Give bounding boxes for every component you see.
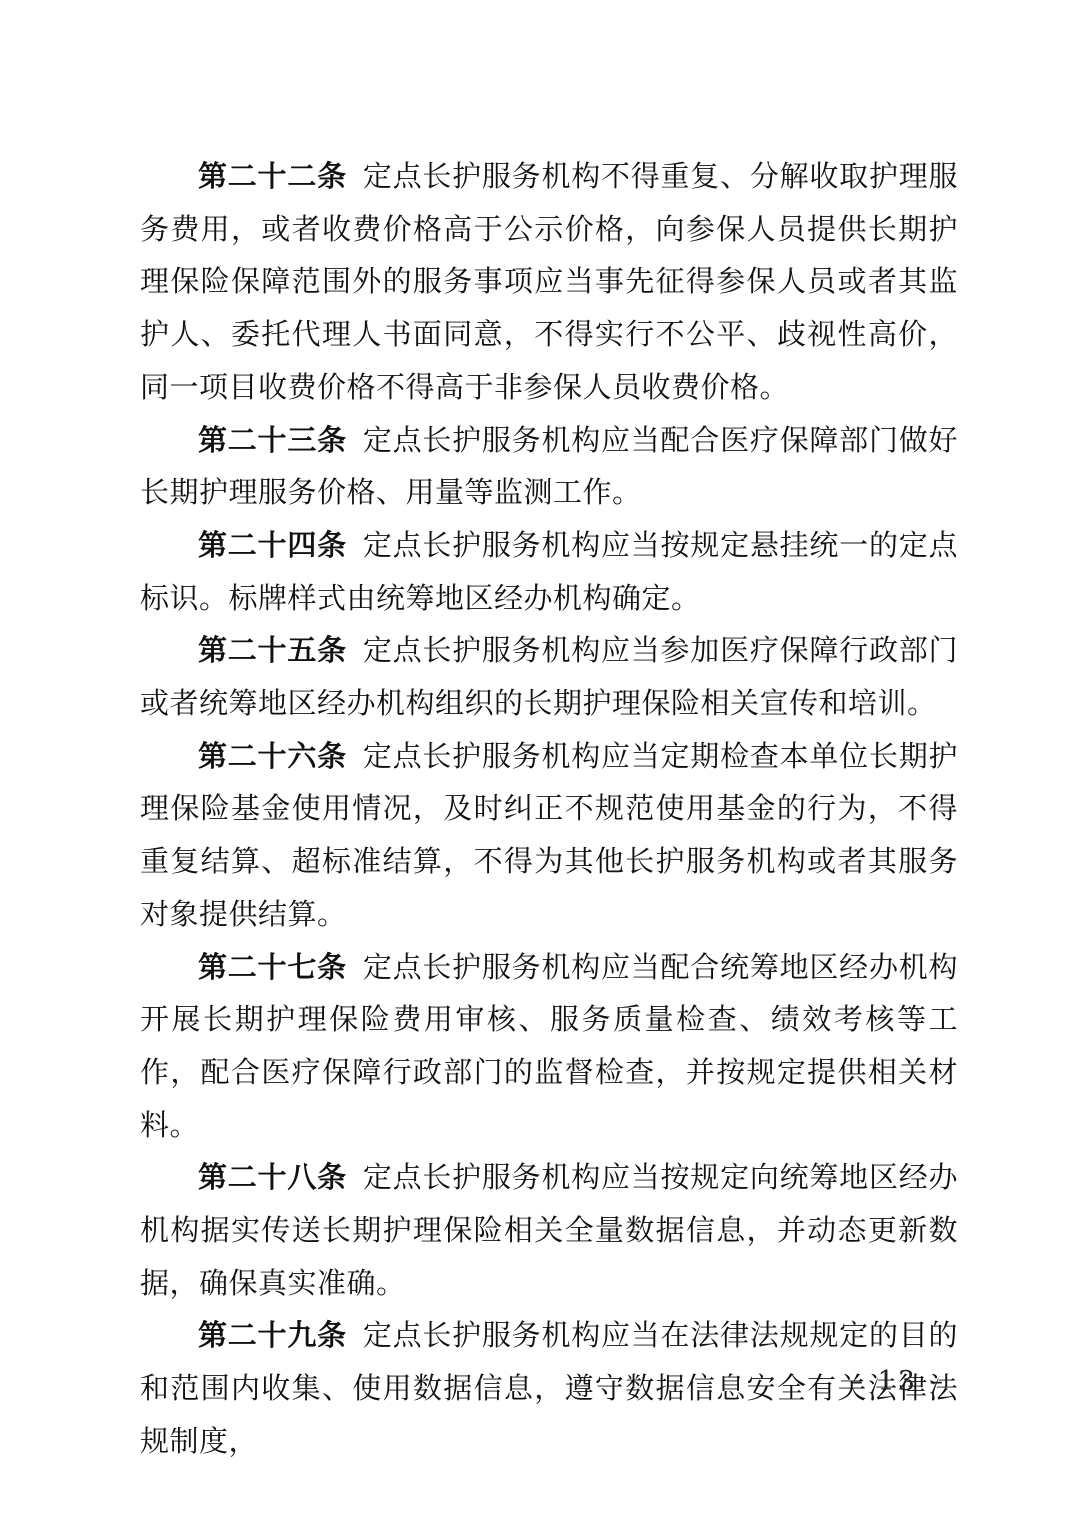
document-page: 第二十二条定点长护服务机构不得重复、分解收取护理服务费用，或者收费价格高于公示价… (0, 0, 1074, 1520)
article-number: 第二十四条 (198, 528, 347, 562)
article-paragraph: 第二十四条定点长护服务机构应当按规定悬挂统一的定点标识。标牌样式由统筹地区经办机… (140, 519, 958, 624)
article-paragraph: 第二十五条定点长护服务机构应当参加医疗保障行政部门或者统筹地区经办机构组织的长期… (140, 624, 958, 729)
article-number: 第二十二条 (198, 159, 347, 193)
article-paragraph: 第二十七条定点长护服务机构应当配合统筹地区经办机构开展长期护理保险费用审核、服务… (140, 941, 958, 1152)
article-paragraph: 第二十二条定点长护服务机构不得重复、分解收取护理服务费用，或者收费价格高于公示价… (140, 150, 958, 414)
article-paragraph: 第二十八条定点长护服务机构应当按规定向统筹地区经办机构据实传送长期护理保险相关全… (140, 1151, 958, 1309)
article-paragraph: 第二十九条定点长护服务机构应当在法律法规规定的目的和范围内收集、使用数据信息，遵… (140, 1309, 958, 1467)
article-number: 第二十七条 (198, 950, 347, 984)
article-paragraph: 第二十三条定点长护服务机构应当配合医疗保障部门做好长期护理服务价格、用量等监测工… (140, 414, 958, 519)
document-body: 第二十二条定点长护服务机构不得重复、分解收取护理服务费用，或者收费价格高于公示价… (140, 150, 958, 1468)
article-number: 第二十九条 (198, 1318, 347, 1352)
article-number: 第二十六条 (198, 739, 347, 773)
article-number: 第二十八条 (198, 1160, 347, 1194)
article-text: 定点长护服务机构不得重复、分解收取护理服务费用，或者收费价格高于公示价格，向参保… (140, 159, 958, 404)
article-number: 第二十五条 (198, 633, 347, 667)
article-paragraph: 第二十六条定点长护服务机构应当定期检查本单位长期护理保险基金使用情况，及时纠正不… (140, 730, 958, 941)
page-number: – 13 – (849, 1366, 946, 1398)
article-number: 第二十三条 (198, 423, 347, 457)
